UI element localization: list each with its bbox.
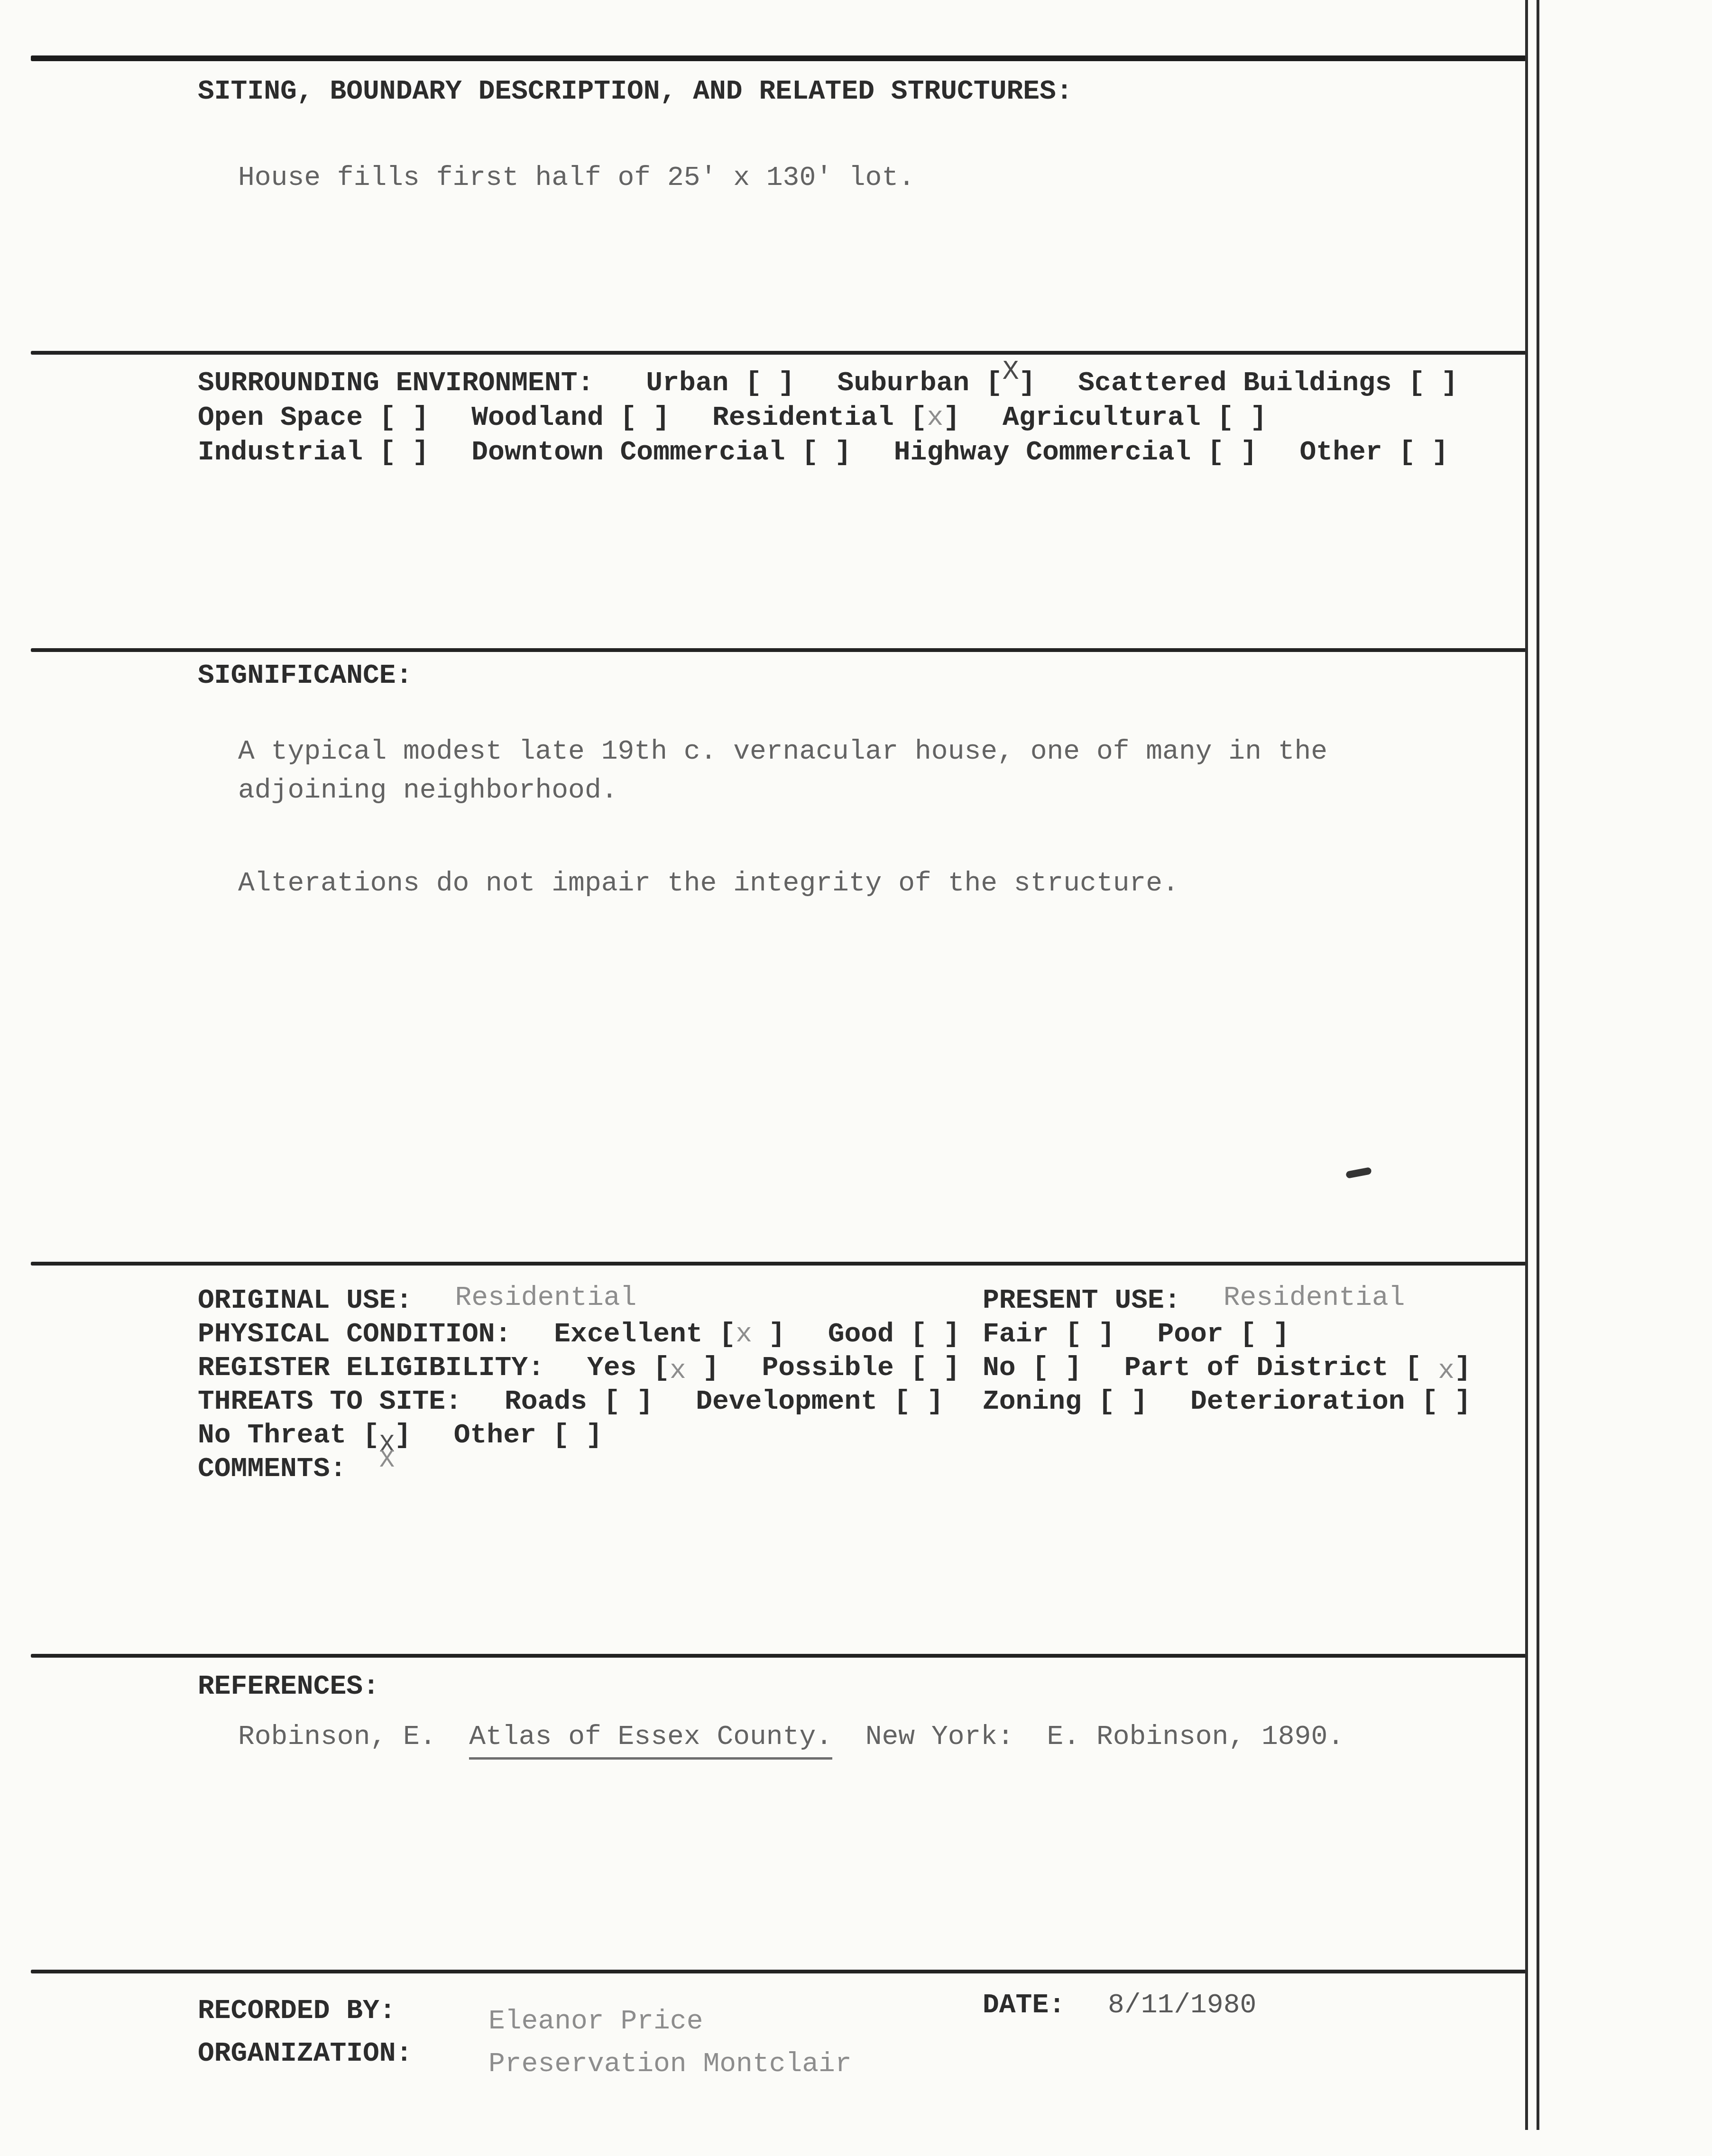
- section-rule-use: [31, 1262, 1526, 1266]
- checkbox-part-of-district-mark: x: [1438, 1354, 1454, 1388]
- section-rule-top: [31, 55, 1526, 61]
- survey-form-page: SITING, BOUNDARY DESCRIPTION, AND RELATE…: [0, 0, 1712, 2156]
- checkbox-suburban: Suburban [X]: [838, 368, 1036, 399]
- significance-line-1: A typical modest late 19th c. vernacular…: [238, 735, 1327, 769]
- use-row-2: PHYSICAL CONDITION:Excellent [x ]Good [ …: [198, 1318, 1525, 1351]
- reference-spacer1: [436, 1722, 469, 1752]
- environment-row-1: SURROUNDING ENVIRONMENT:Urban [ ]Suburba…: [198, 366, 1458, 401]
- use-row-1-right: PRESENT USE:Residential: [983, 1284, 1405, 1318]
- recorded-by-value: Eleanor Price: [488, 2005, 703, 2039]
- checkbox-open-space: Open Space [ ]: [198, 403, 429, 433]
- original-use-label: ORIGINAL USE:: [198, 1285, 412, 1316]
- reference-entry: Robinson, E. Atlas of Essex County. New …: [238, 1720, 1344, 1754]
- section-rule-references: [31, 1654, 1526, 1658]
- checkbox-residential-pre: Residential [: [712, 403, 927, 433]
- siting-heading: SITING, BOUNDARY DESCRIPTION, AND RELATE…: [198, 75, 1073, 109]
- recorded-by-label: RECORDED BY:: [198, 1994, 396, 2028]
- right-margin-rule-outer: [1537, 0, 1539, 2130]
- checkbox-zoning: Zoning [ ]: [983, 1386, 1148, 1417]
- use-row-4: THREATS TO SITE:Roads [ ]Development [ ]…: [198, 1385, 1525, 1419]
- reference-publisher: New York: E. Robinson, 1890.: [865, 1722, 1344, 1752]
- checkbox-good: Good [ ]: [828, 1319, 960, 1350]
- checkbox-agricultural: Agricultural [ ]: [1003, 403, 1267, 433]
- checkbox-poor: Poor [ ]: [1157, 1319, 1289, 1350]
- checkbox-residential: Residential [x]: [712, 403, 960, 433]
- section-rule-environment: [31, 351, 1526, 355]
- checkbox-highway-commercial: Highway Commercial [ ]: [894, 437, 1257, 468]
- use-row-6: COMMENTS:: [198, 1452, 1525, 1486]
- checkbox-woodland: Woodland [ ]: [471, 403, 670, 433]
- checkbox-urban: Urban [ ]: [646, 368, 794, 399]
- checkbox-suburban-mark: X: [1003, 355, 1019, 389]
- checkbox-other-threat: Other [ ]: [454, 1420, 602, 1451]
- checkbox-part-of-district-post: ]: [1454, 1353, 1471, 1384]
- checkbox-no-threat-post: ]: [395, 1420, 411, 1451]
- use-section: ORIGINAL USE:Residential PRESENT USE:Res…: [198, 1284, 1525, 1486]
- threats-to-site-label: THREATS TO SITE:: [198, 1386, 462, 1417]
- reference-title: Atlas of Essex County.: [469, 1722, 832, 1760]
- use-row-5: No Threat [XX]Other [ ]: [198, 1419, 1525, 1452]
- present-use-value: Residential: [1224, 1281, 1405, 1315]
- organization-label: ORGANIZATION:: [198, 2037, 412, 2071]
- references-heading: REFERENCES:: [198, 1670, 379, 1704]
- checkbox-no: No [ ]: [983, 1353, 1082, 1384]
- checkbox-deterioration: Deterioration [ ]: [1190, 1386, 1471, 1417]
- checkbox-residential-mark: x: [927, 403, 943, 433]
- checkbox-residential-post: ]: [943, 403, 960, 433]
- significance-line-3: Alterations do not impair the integrity …: [238, 867, 1179, 901]
- environment-section: SURROUNDING ENVIRONMENT:Urban [ ]Suburba…: [198, 366, 1458, 470]
- checkbox-suburban-post: ]: [1019, 368, 1035, 399]
- physical-condition-label: PHYSICAL CONDITION:: [198, 1319, 511, 1350]
- checkbox-other-environment: Other [ ]: [1300, 437, 1448, 468]
- comments-label: COMMENTS:: [198, 1454, 346, 1485]
- checkbox-no-threat-pre: No Threat [: [198, 1420, 379, 1451]
- checkbox-industrial: Industrial [ ]: [198, 437, 429, 468]
- present-use-label: PRESENT USE:: [983, 1285, 1181, 1316]
- checkbox-scattered-buildings: Scattered Buildings [ ]: [1078, 368, 1458, 399]
- date-row: DATE:8/11/1980: [983, 1989, 1256, 2023]
- environment-row-2: Open Space [ ]Woodland [ ]Residential [x…: [198, 401, 1458, 435]
- checkbox-part-of-district-pre: Part of District [: [1124, 1353, 1438, 1384]
- checkbox-yes-post: ]: [686, 1353, 719, 1384]
- significance-line-2: adjoining neighborhood.: [238, 774, 618, 808]
- use-row-2-right: Fair [ ]Poor [ ]: [983, 1318, 1289, 1352]
- section-rule-footer: [31, 1970, 1526, 1973]
- section-rule-significance: [31, 648, 1526, 652]
- checkbox-possible: Possible [ ]: [762, 1353, 960, 1384]
- checkbox-downtown-commercial: Downtown Commercial [ ]: [471, 437, 851, 468]
- significance-heading: SIGNIFICANCE:: [198, 659, 412, 693]
- checkbox-suburban-pre: Suburban [: [838, 368, 1003, 399]
- checkbox-no-threat: No Threat [XX]: [198, 1420, 411, 1451]
- checkbox-fair: Fair [ ]: [983, 1319, 1114, 1350]
- checkbox-excellent: Excellent [x ]: [554, 1319, 785, 1350]
- checkbox-excellent-post: ]: [752, 1319, 785, 1350]
- environment-heading: SURROUNDING ENVIRONMENT:: [198, 368, 594, 399]
- checkbox-excellent-pre: Excellent [: [554, 1319, 736, 1350]
- checkbox-yes-pre: Yes [: [587, 1353, 670, 1384]
- environment-row-3: Industrial [ ]Downtown Commercial [ ]Hig…: [198, 435, 1458, 470]
- right-margin-rule-inner: [1525, 0, 1528, 2130]
- checkbox-excellent-mark: x: [736, 1319, 752, 1350]
- reference-author: Robinson, E.: [238, 1722, 436, 1752]
- siting-text: House fills first half of 25' x 130' lot…: [238, 161, 915, 195]
- register-eligibility-label: REGISTER ELIGIBILITY:: [198, 1353, 544, 1384]
- date-value: 8/11/1980: [1108, 1990, 1256, 2021]
- organization-value: Preservation Montclair: [488, 2047, 852, 2082]
- stray-scan-mark: [1345, 1167, 1372, 1179]
- use-row-1: ORIGINAL USE:Residential PRESENT USE:Res…: [198, 1284, 1525, 1318]
- checkbox-development: Development [ ]: [696, 1386, 943, 1417]
- checkbox-roads: Roads [ ]: [505, 1386, 653, 1417]
- checkbox-part-of-district: Part of District [ x]: [1124, 1353, 1471, 1384]
- checkbox-yes: Yes [x ]: [587, 1353, 719, 1384]
- original-use-value: Residential: [455, 1281, 636, 1315]
- use-row-3-right: No [ ]Part of District [ x]: [983, 1351, 1471, 1385]
- reference-spacer2: [832, 1722, 865, 1752]
- use-row-4-right: Zoning [ ]Deterioration [ ]: [983, 1385, 1471, 1419]
- date-label: DATE:: [983, 1990, 1065, 2021]
- use-row-3: REGISTER ELIGIBILITY:Yes [x ]Possible [ …: [198, 1351, 1525, 1385]
- checkbox-yes-mark: x: [670, 1354, 686, 1388]
